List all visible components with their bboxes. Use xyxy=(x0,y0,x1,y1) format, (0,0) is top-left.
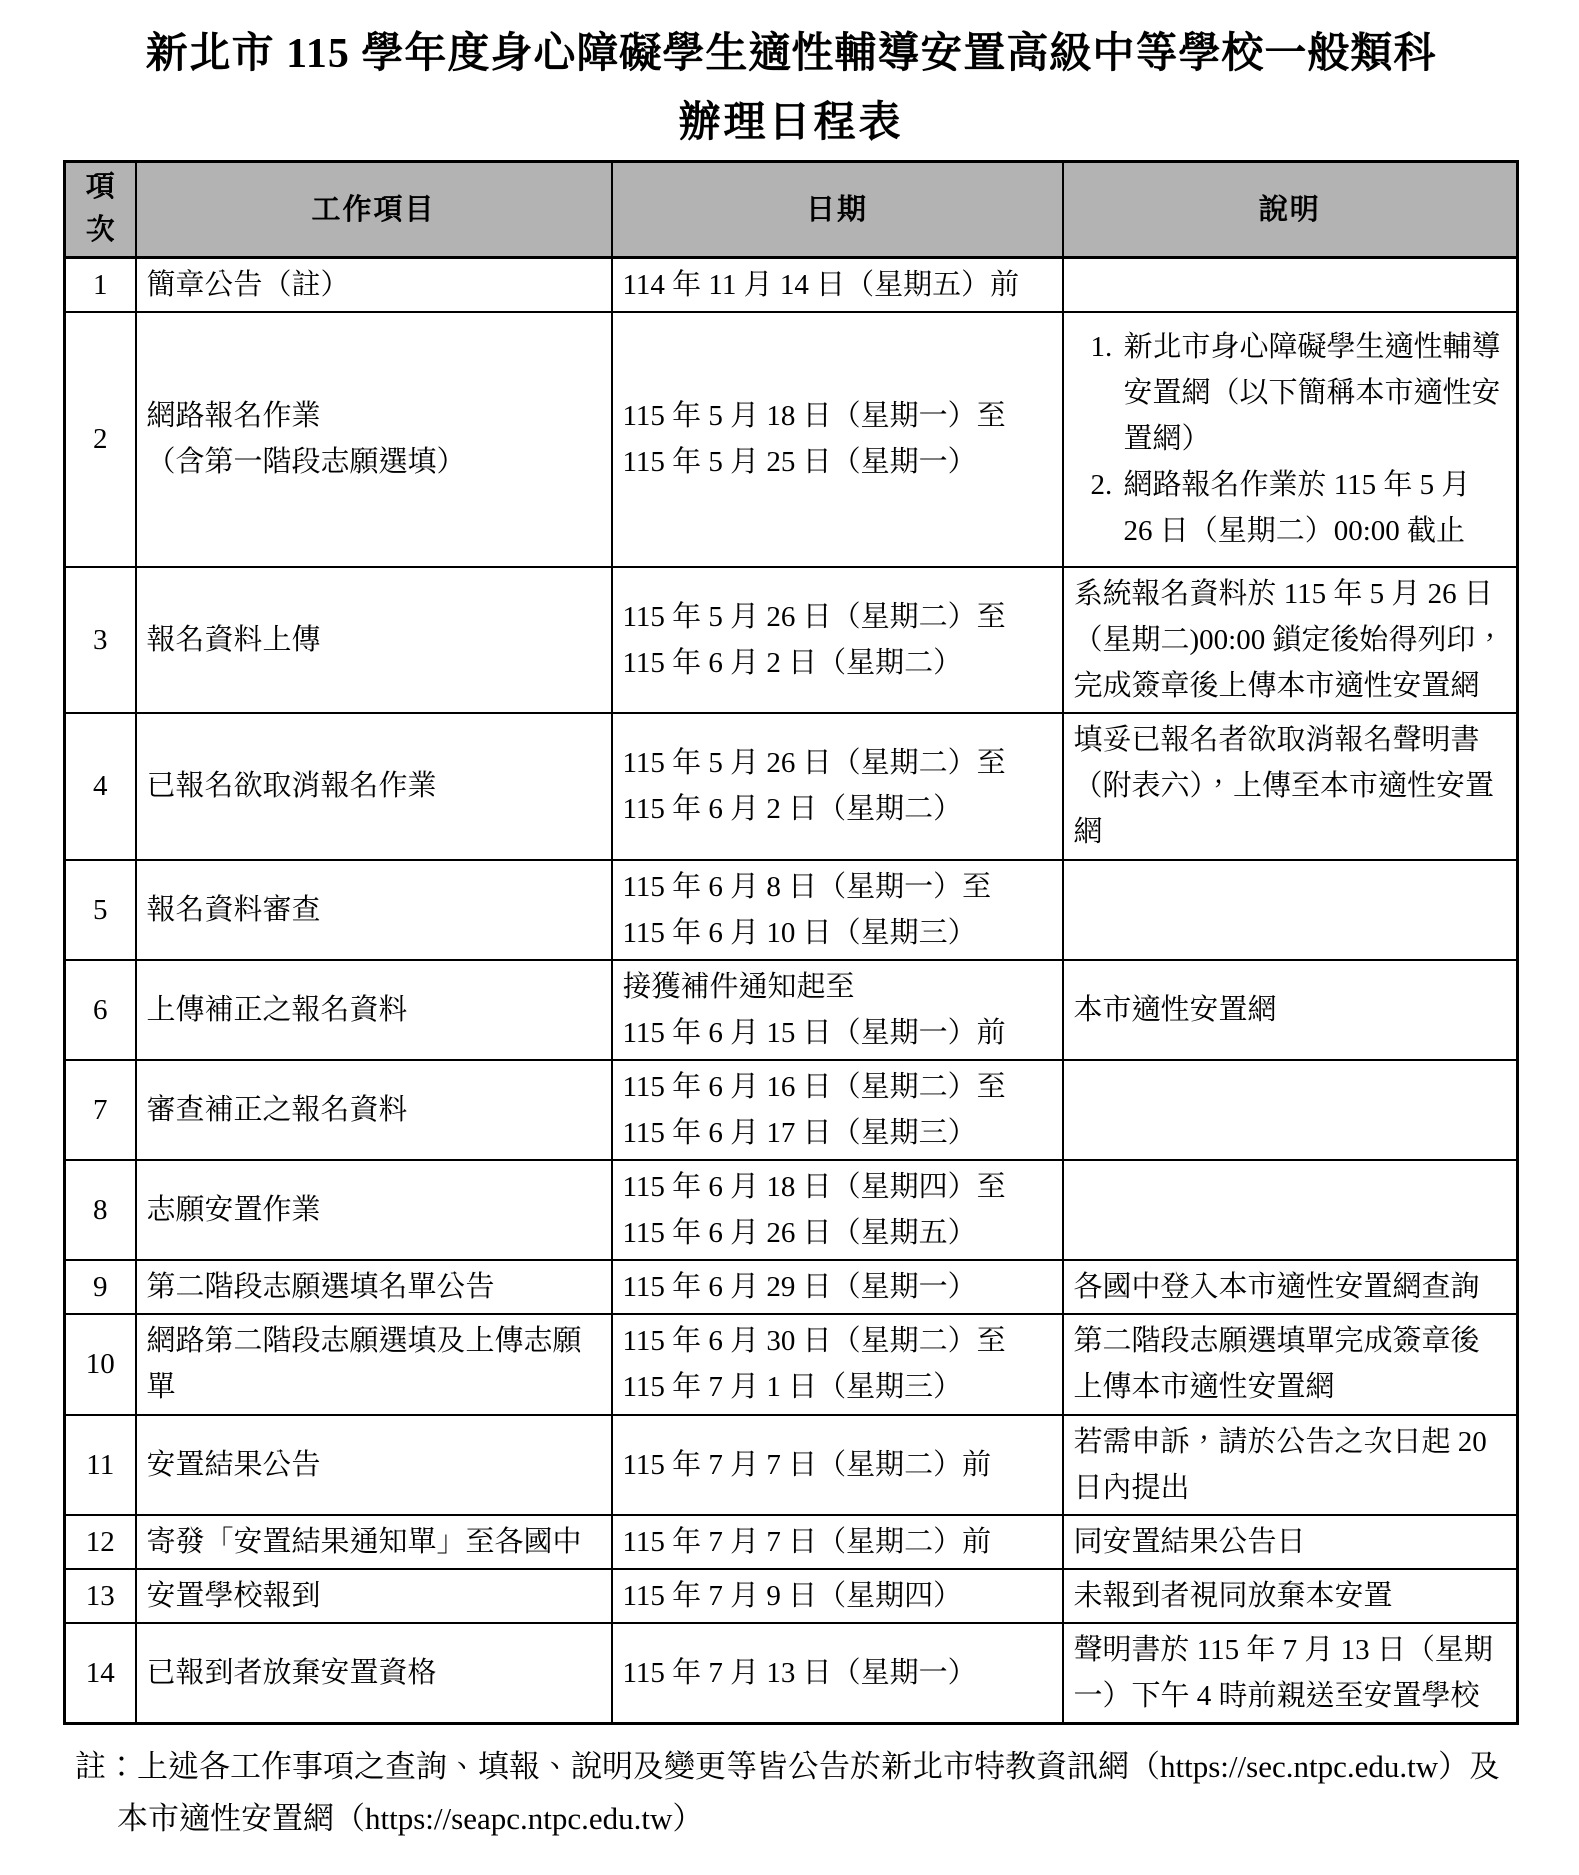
text-line: 115 年 6 月 29 日（星期一） xyxy=(623,1264,1052,1310)
text-line: 115 年 6 月 2 日（星期二） xyxy=(623,640,1052,686)
cell-no: 13 xyxy=(65,1569,136,1623)
cell-date: 115 年 6 月 8 日（星期一）至115 年 6 月 10 日（星期三） xyxy=(612,860,1063,960)
cell-task: 網路報名作業（含第一階段志願選填） xyxy=(136,312,612,567)
text-line: 接獲補件通知起至 xyxy=(623,964,1052,1010)
text-line: 志願安置作業 xyxy=(147,1187,601,1233)
row-number: 8 xyxy=(93,1194,108,1226)
text-line: 115 年 5 月 25 日（星期一） xyxy=(623,439,1052,485)
row-number: 1 xyxy=(93,269,108,301)
cell-date: 115 年 5 月 26 日（星期二）至115 年 6 月 2 日（星期二） xyxy=(612,567,1063,713)
document-page: 新北市 115 學年度身心障礙學生適性輔導安置高級中等學校一般類科 辦理日程表 … xyxy=(0,0,1579,1875)
text-line: 若需申訴，請於公告之次日起 20 日內提出 xyxy=(1074,1419,1507,1511)
row-number: 7 xyxy=(93,1094,108,1126)
cell-date: 115 年 5 月 26 日（星期二）至115 年 6 月 2 日（星期二） xyxy=(612,713,1063,860)
row-number: 5 xyxy=(93,894,108,926)
header-cell-no: 項次 xyxy=(65,162,136,257)
row-number: 9 xyxy=(93,1271,108,1303)
cell-task: 報名資料上傳 xyxy=(136,567,612,713)
cell-date: 114 年 11 月 14 日（星期五）前 xyxy=(612,257,1063,312)
cell-date: 115 年 7 月 7 日（星期二）前 xyxy=(612,1515,1063,1569)
table-row: 4 已報名欲取消報名作業 115 年 5 月 26 日（星期二）至115 年 6… xyxy=(65,713,1518,860)
text-line: 115 年 6 月 30 日（星期二）至 xyxy=(623,1318,1052,1364)
text-line: 115 年 7 月 13 日（星期一） xyxy=(623,1650,1052,1696)
cell-note: 第二階段志願選填單完成簽章後上傳本市適性安置網 xyxy=(1063,1314,1518,1415)
text-line: 115 年 6 月 15 日（星期一）前 xyxy=(623,1010,1052,1056)
cell-no: 6 xyxy=(65,960,136,1060)
cell-no: 2 xyxy=(65,312,136,567)
cell-task: 審查補正之報名資料 xyxy=(136,1060,612,1160)
footnote-label: 註： xyxy=(75,1749,137,1784)
table-row: 3 報名資料上傳 115 年 5 月 26 日（星期二）至115 年 6 月 2… xyxy=(65,567,1518,713)
cell-no: 14 xyxy=(65,1623,136,1724)
text-line: 115 年 5 月 18 日（星期一）至 xyxy=(623,393,1052,439)
footnote-text: 上述各工作事項之查詢、填報、說明及變更等皆公告於新北市特教資訊網（https:/… xyxy=(117,1749,1500,1836)
cell-note: 同安置結果公告日 xyxy=(1063,1515,1518,1569)
text-line: 115 年 7 月 1 日（星期三） xyxy=(623,1364,1052,1410)
cell-note: 未報到者視同放棄本安置 xyxy=(1063,1569,1518,1623)
text-line: 115 年 6 月 17 日（星期三） xyxy=(623,1110,1052,1156)
header-cell-date: 日期 xyxy=(612,162,1063,257)
header-cell-task: 工作項目 xyxy=(136,162,612,257)
cell-note xyxy=(1063,1160,1518,1260)
cell-no: 10 xyxy=(65,1314,136,1415)
cell-date: 115 年 7 月 13 日（星期一） xyxy=(612,1623,1063,1724)
text-line: 115 年 6 月 2 日（星期二） xyxy=(623,786,1052,832)
table-row: 11 安置結果公告 115 年 7 月 7 日（星期二）前 若需申訴，請於公告之… xyxy=(65,1415,1518,1515)
text-line: 安置學校報到 xyxy=(147,1573,601,1619)
document-subtitle: 辦理日程表 xyxy=(63,100,1519,146)
cell-note: 聲明書於 115 年 7 月 13 日（星期一）下午 4 時前親送至安置學校 xyxy=(1063,1623,1518,1724)
text-line: 聲明書於 115 年 7 月 13 日（星期一）下午 4 時前親送至安置學校 xyxy=(1074,1627,1507,1719)
text-line: 安置結果公告 xyxy=(147,1442,601,1488)
text-line: 115 年 7 月 7 日（星期二）前 xyxy=(623,1442,1052,1488)
text-line: 網路報名作業 xyxy=(147,393,601,439)
text-line: 115 年 6 月 8 日（星期一）至 xyxy=(623,864,1052,910)
cell-date: 115 年 7 月 9 日（星期四） xyxy=(612,1569,1063,1623)
table-row: 12 寄發「安置結果通知單」至各國中 115 年 7 月 7 日（星期二）前 同… xyxy=(65,1515,1518,1569)
cell-task: 安置結果公告 xyxy=(136,1415,612,1515)
row-number: 14 xyxy=(86,1657,115,1689)
cell-task: 網路第二階段志願選填及上傳志願單 xyxy=(136,1314,612,1415)
schedule-table: 項次 工作項目 日期 說明 1 簡章公告（註） 114 年 11 月 14 日（… xyxy=(63,160,1519,1724)
note-list-item: 新北市身心障礙學生適性輔導安置網（以下簡稱本市適性安置網） xyxy=(1120,324,1507,462)
text-line: 報名資料上傳 xyxy=(147,617,601,663)
cell-note: 新北市身心障礙學生適性輔導安置網（以下簡稱本市適性安置網）網路報名作業於 115… xyxy=(1063,312,1518,567)
table-row: 5 報名資料審查 115 年 6 月 8 日（星期一）至115 年 6 月 10… xyxy=(65,860,1518,960)
text-line: 115 年 5 月 26 日（星期二）至 xyxy=(623,594,1052,640)
table-row: 2 網路報名作業（含第一階段志願選填） 115 年 5 月 18 日（星期一）至… xyxy=(65,312,1518,567)
table-row: 8 志願安置作業 115 年 6 月 18 日（星期四）至115 年 6 月 2… xyxy=(65,1160,1518,1260)
table-row: 10 網路第二階段志願選填及上傳志願單 115 年 6 月 30 日（星期二）至… xyxy=(65,1314,1518,1415)
text-line: 115 年 6 月 16 日（星期二）至 xyxy=(623,1064,1052,1110)
cell-no: 8 xyxy=(65,1160,136,1260)
text-line: 115 年 7 月 7 日（星期二）前 xyxy=(623,1519,1052,1565)
cell-task: 報名資料審查 xyxy=(136,860,612,960)
footnote: 註：上述各工作事項之查詢、填報、說明及變更等皆公告於新北市特教資訊網（https… xyxy=(75,1741,1523,1845)
text-line: 115 年 6 月 10 日（星期三） xyxy=(623,910,1052,956)
table-row: 1 簡章公告（註） 114 年 11 月 14 日（星期五）前 xyxy=(65,257,1518,312)
header-label-no: 項次 xyxy=(84,166,117,250)
row-number: 6 xyxy=(93,994,108,1026)
note-list: 新北市身心障礙學生適性輔導安置網（以下簡稱本市適性安置網）網路報名作業於 115… xyxy=(1074,324,1507,554)
cell-task: 上傳補正之報名資料 xyxy=(136,960,612,1060)
cell-task: 安置學校報到 xyxy=(136,1569,612,1623)
text-line: 上傳補正之報名資料 xyxy=(147,987,601,1033)
text-line: 未報到者視同放棄本安置 xyxy=(1074,1573,1507,1619)
text-line: 已報名欲取消報名作業 xyxy=(147,763,601,809)
text-line: 115 年 7 月 9 日（星期四） xyxy=(623,1573,1052,1619)
text-line: 115 年 6 月 26 日（星期五） xyxy=(623,1210,1052,1256)
header-cell-note: 說明 xyxy=(1063,162,1518,257)
cell-no: 5 xyxy=(65,860,136,960)
text-line: 填妥已報名者欲取消報名聲明書（附表六），上傳至本市適性安置網 xyxy=(1074,717,1507,855)
cell-note: 本市適性安置網 xyxy=(1063,960,1518,1060)
text-line: 第二階段志願選填單完成簽章後上傳本市適性安置網 xyxy=(1074,1318,1507,1410)
cell-note xyxy=(1063,257,1518,312)
row-number: 3 xyxy=(93,624,108,656)
cell-task: 志願安置作業 xyxy=(136,1160,612,1260)
row-number: 13 xyxy=(86,1580,115,1612)
cell-note: 各國中登入本市適性安置網查詢 xyxy=(1063,1260,1518,1314)
row-number: 4 xyxy=(93,770,108,802)
cell-task: 寄發「安置結果通知單」至各國中 xyxy=(136,1515,612,1569)
text-line: 寄發「安置結果通知單」至各國中 xyxy=(147,1519,601,1565)
cell-no: 9 xyxy=(65,1260,136,1314)
row-number: 2 xyxy=(93,423,108,455)
text-line: 同安置結果公告日 xyxy=(1074,1519,1507,1565)
cell-no: 4 xyxy=(65,713,136,860)
row-number: 11 xyxy=(86,1449,114,1481)
text-line: 第二階段志願選填名單公告 xyxy=(147,1264,601,1310)
cell-date: 115 年 5 月 18 日（星期一）至115 年 5 月 25 日（星期一） xyxy=(612,312,1063,567)
table-row: 7 審查補正之報名資料 115 年 6 月 16 日（星期二）至115 年 6 … xyxy=(65,1060,1518,1160)
text-line: 審查補正之報名資料 xyxy=(147,1087,601,1133)
table-row: 14 已報到者放棄安置資格 115 年 7 月 13 日（星期一） 聲明書於 1… xyxy=(65,1623,1518,1724)
table-row: 6 上傳補正之報名資料 接獲補件通知起至115 年 6 月 15 日（星期一）前… xyxy=(65,960,1518,1060)
document-title: 新北市 115 學年度身心障礙學生適性輔導安置高級中等學校一般類科 xyxy=(63,30,1519,78)
text-line: 報名資料審查 xyxy=(147,887,601,933)
cell-note: 系統報名資料於 115 年 5 月 26 日（星期二)00:00 鎖定後始得列印… xyxy=(1063,567,1518,713)
cell-no: 1 xyxy=(65,257,136,312)
text-line: 本市適性安置網 xyxy=(1074,987,1507,1033)
cell-date: 接獲補件通知起至115 年 6 月 15 日（星期一）前 xyxy=(612,960,1063,1060)
cell-date: 115 年 6 月 29 日（星期一） xyxy=(612,1260,1063,1314)
cell-note xyxy=(1063,860,1518,960)
cell-date: 115 年 6 月 30 日（星期二）至115 年 7 月 1 日（星期三） xyxy=(612,1314,1063,1415)
row-number: 12 xyxy=(86,1526,115,1558)
table-row: 13 安置學校報到 115 年 7 月 9 日（星期四） 未報到者視同放棄本安置 xyxy=(65,1569,1518,1623)
cell-note: 若需申訴，請於公告之次日起 20 日內提出 xyxy=(1063,1415,1518,1515)
text-line: （含第一階段志願選填） xyxy=(147,439,601,485)
text-line: 簡章公告（註） xyxy=(147,262,601,308)
text-line: 114 年 11 月 14 日（星期五）前 xyxy=(623,262,1052,308)
cell-no: 3 xyxy=(65,567,136,713)
cell-no: 11 xyxy=(65,1415,136,1515)
schedule-table-body: 1 簡章公告（註） 114 年 11 月 14 日（星期五）前 2 網路報名作業… xyxy=(65,257,1518,1723)
cell-date: 115 年 6 月 18 日（星期四）至115 年 6 月 26 日（星期五） xyxy=(612,1160,1063,1260)
text-line: 系統報名資料於 115 年 5 月 26 日（星期二)00:00 鎖定後始得列印… xyxy=(1074,571,1507,709)
cell-no: 12 xyxy=(65,1515,136,1569)
text-line: 網路第二階段志願選填及上傳志願單 xyxy=(147,1318,601,1410)
cell-date: 115 年 6 月 16 日（星期二）至115 年 6 月 17 日（星期三） xyxy=(612,1060,1063,1160)
table-row: 9 第二階段志願選填名單公告 115 年 6 月 29 日（星期一） 各國中登入… xyxy=(65,1260,1518,1314)
cell-task: 已報到者放棄安置資格 xyxy=(136,1623,612,1724)
header-row: 項次 工作項目 日期 說明 xyxy=(65,162,1518,257)
schedule-table-header: 項次 工作項目 日期 說明 xyxy=(65,162,1518,257)
cell-note xyxy=(1063,1060,1518,1160)
cell-date: 115 年 7 月 7 日（星期二）前 xyxy=(612,1415,1063,1515)
cell-task: 已報名欲取消報名作業 xyxy=(136,713,612,860)
cell-task: 第二階段志願選填名單公告 xyxy=(136,1260,612,1314)
text-line: 115 年 6 月 18 日（星期四）至 xyxy=(623,1164,1052,1210)
cell-task: 簡章公告（註） xyxy=(136,257,612,312)
cell-no: 7 xyxy=(65,1060,136,1160)
text-line: 已報到者放棄安置資格 xyxy=(147,1650,601,1696)
text-line: 115 年 5 月 26 日（星期二）至 xyxy=(623,740,1052,786)
cell-note: 填妥已報名者欲取消報名聲明書（附表六），上傳至本市適性安置網 xyxy=(1063,713,1518,860)
text-line: 各國中登入本市適性安置網查詢 xyxy=(1074,1264,1507,1310)
note-list-item: 網路報名作業於 115 年 5 月 26 日（星期二）00:00 截止 xyxy=(1120,462,1507,554)
row-number: 10 xyxy=(86,1348,115,1380)
